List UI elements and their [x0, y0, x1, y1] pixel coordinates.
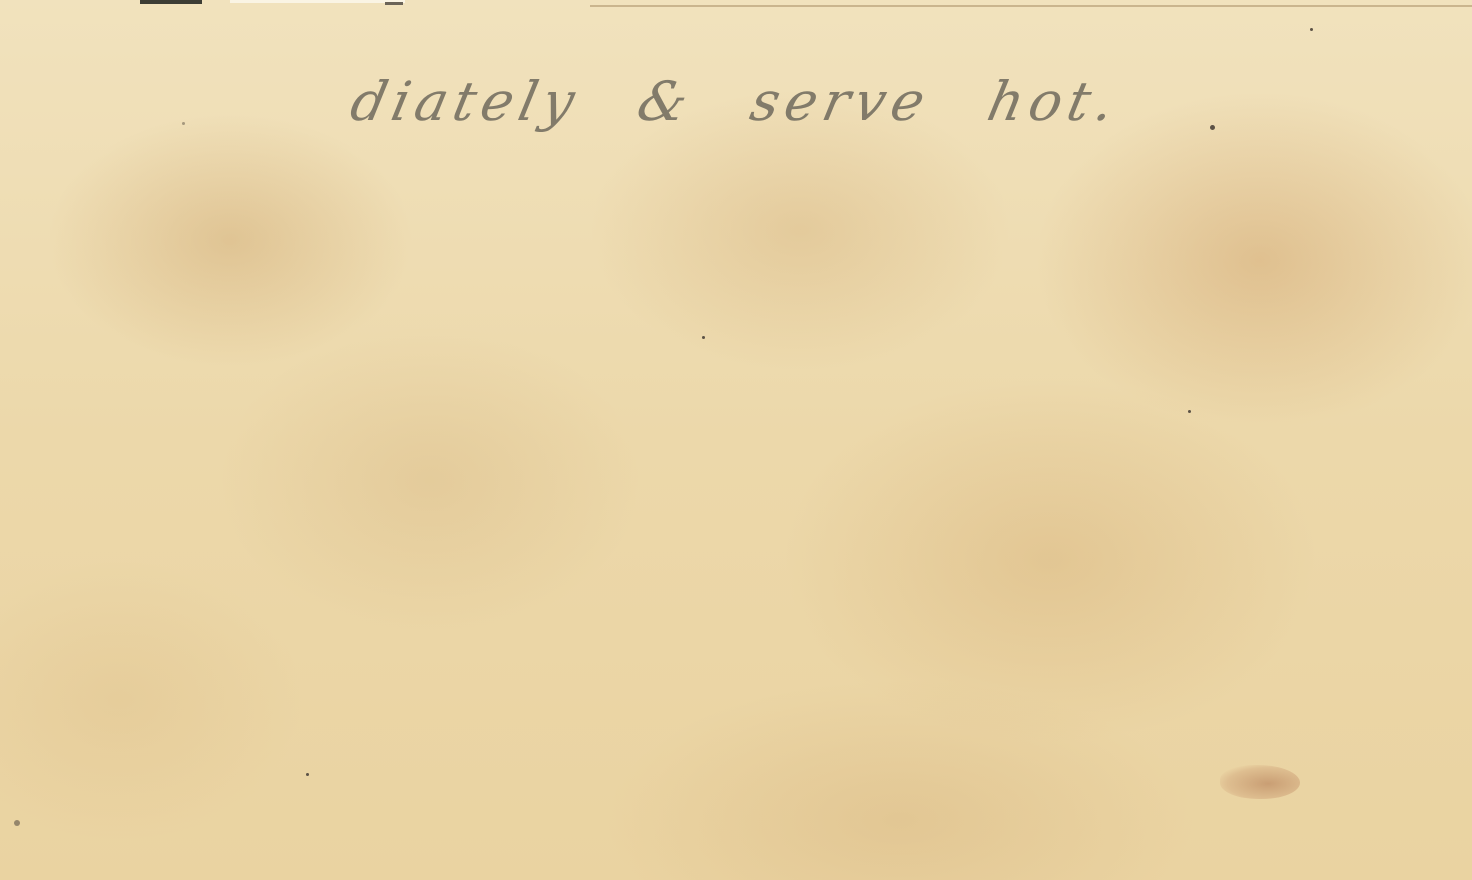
speck [306, 773, 309, 776]
speck [1210, 125, 1215, 130]
speck [1310, 28, 1313, 31]
top-edge-tape [230, 0, 405, 3]
speck [14, 820, 20, 826]
handwritten-note: diately & serve hot. [345, 70, 1126, 133]
card-top-edge [590, 5, 1472, 7]
top-edge-mark [385, 2, 403, 5]
top-edge-mark [140, 0, 202, 4]
aged-paper-card: diately & serve hot. [0, 0, 1472, 880]
paper-stain [1220, 765, 1300, 799]
speck [702, 336, 705, 339]
speck [182, 122, 185, 125]
speck [1188, 410, 1191, 413]
